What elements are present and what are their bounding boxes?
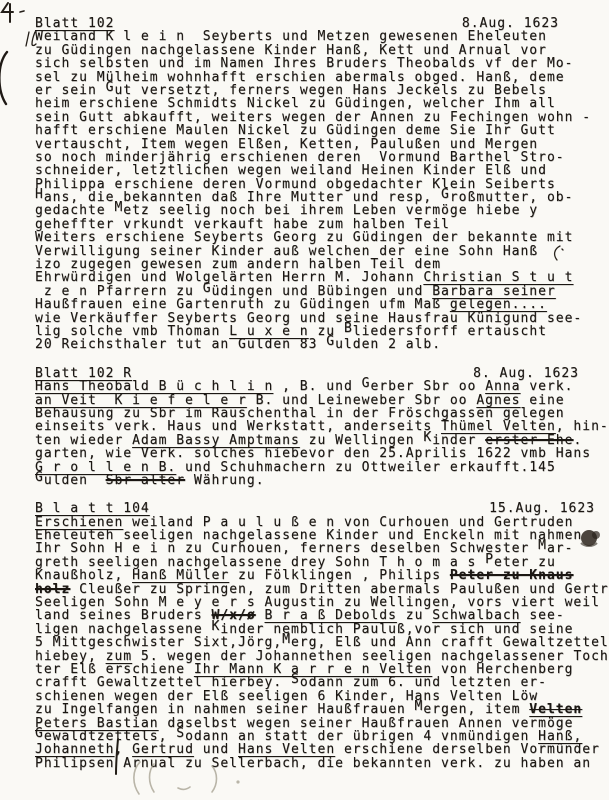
text-line: Seeligen Sohn M e y e r s Augustin zu We… [35, 596, 609, 609]
text-line: crafft Gewaltzettel hierbey. Sodann zum … [35, 676, 609, 689]
section-title: B l a t t 104 [35, 502, 150, 515]
text-line: garten, wie Verk. solches hiebevor den 2… [35, 447, 609, 460]
text-line: Peters Bastian daselbst wegen seiner Hau… [35, 717, 609, 730]
text-line: Ihr Sohn H e i n zu Curhouen, ferners de… [35, 542, 609, 555]
text-segment: K [212, 619, 221, 634]
text-line: z e n Pfarrern zu Güdingen und Bübingen … [35, 285, 609, 298]
text-segment: G [35, 726, 44, 741]
text-line: sein Gutt abkaufft, weiters wegen der An… [35, 111, 609, 124]
text-line: Behausung zu Sbr im Rauschenthal in der … [35, 407, 609, 420]
text-line: Weiters erschiene Seyberts Georg zu Güdi… [35, 231, 609, 244]
text-segment: 20 Reichsthaler tut an Gulden 83 [35, 337, 326, 352]
text-line: greth seeligen nachgelassene drey Sohn T… [35, 556, 609, 569]
text-line: hiebey, zum 5. wegen der Johannethen see… [35, 650, 609, 663]
text-segment: G [35, 470, 44, 485]
text-line: so noch minderjährig erschienen deren Vo… [35, 151, 609, 164]
text-line: Knaußholz, Hanß Müller zu Fölklingen , P… [35, 569, 609, 582]
text-line: zu Güdingen nachgelassene Kinder Hanß, K… [35, 44, 609, 57]
text-line: lig solche vmb Thoman L u x e n zu Blied… [35, 325, 609, 338]
text-segment: Währung. [185, 473, 264, 488]
text-line: geheffter vrkundt verkauft habe zum halb… [35, 218, 609, 231]
text-segment: B [344, 321, 353, 336]
text-segment: G [106, 80, 115, 95]
section-header: B l a t t 10415.Aug. 1623 [35, 502, 609, 515]
text-line: land seines Bruders W/x/ø B r a ß Debold… [35, 609, 609, 622]
text-line: 20 Reichsthaler tut an Gulden 83 Gulden … [35, 338, 609, 351]
text-segment: S [291, 672, 300, 687]
text-line: ter Elß erschiene Ihr Mann K a r r e n V… [35, 663, 609, 676]
text-segment: S [176, 726, 185, 741]
section-header: Blatt 1028.Aug. 1623 [35, 17, 609, 30]
text-segment: Philipsen Arnual zu Sellerbach, die beka… [35, 756, 591, 771]
text-line: Gewaldtzettels, Sodann an statt der übri… [35, 730, 609, 743]
text-segment: G [203, 281, 212, 296]
text-segment: M [282, 632, 291, 647]
text-line: ten wieder Adam Bassy Amptmans zu Wellin… [35, 434, 609, 447]
text-line: an Veit K i e f e l e r B. und Leinewebe… [35, 394, 609, 407]
text-line: Verwilligung seiner Kinder auß welchen d… [35, 245, 609, 258]
text-line: gedachte Metz seelig noch bei ihrem Lebe… [35, 204, 609, 217]
text-line: 5 Mittgeschwister Sixt,Jörg,Merg, Elß un… [35, 636, 609, 649]
text-line: vertauscht, Item wegen Elßen, Ketten, Pa… [35, 138, 609, 151]
section-date: 15.Aug. 1623 [489, 502, 609, 515]
text-segment: ulden 2 alb. [335, 337, 441, 352]
text-segment: ulden [44, 473, 106, 488]
record-section: Blatt 1028.Aug. 1623Weiland K l e i n Se… [35, 17, 609, 352]
text-line: Eheleuteh seeligen nachgelassene Kinder … [35, 529, 609, 542]
text-segment: M [538, 538, 547, 553]
record-section: B l a t t 10415.Aug. 1623Erschienen weil… [35, 502, 609, 770]
text-line: Philippa erschiene deren Vormund obgedac… [35, 178, 609, 191]
text-line: schienen wegen der Elß seeligen 6 Kinder… [35, 690, 609, 703]
text-line: sel zu Mülheim wohnhafft erschien aberma… [35, 71, 609, 84]
text-segment: H [35, 187, 44, 202]
section-title: Blatt 102 R [35, 367, 132, 380]
text-line: Johanneth, Gertrud und Hans Velten ersch… [35, 743, 609, 756]
open-paren-icon [0, 50, 10, 106]
section-header: Blatt 102 R8. Aug. 1623 [35, 367, 609, 380]
text-line: zu Ingelfangen in nahmen seiner Haußfrau… [35, 703, 609, 716]
text-line: heim erschiene Schmidts Nickel zu Güding… [35, 97, 609, 110]
text-line: Philipsen Arnual zu Sellerbach, die beka… [35, 757, 609, 770]
text-segment: P [485, 552, 494, 567]
numeral-4-icon [0, 1, 30, 25]
scanned-document-page: Blatt 1028.Aug. 1623Weiland K l e i n Se… [0, 0, 609, 800]
record-section: Blatt 102 R8. Aug. 1623Hans Theobald B ü… [35, 367, 609, 488]
section-title: Blatt 102 [35, 17, 114, 30]
text-line: sich selbsten und im Namen Ihres Bruders… [35, 57, 609, 70]
text-line: schneider, letztlichen wegen weiland Hei… [35, 164, 609, 177]
text-line: holz Cleußer zu Springen, zum Dritten ab… [35, 583, 609, 596]
text-line: Erschienen weiland P a u l u ß e n von C… [35, 516, 609, 529]
text-segment: K [423, 430, 432, 445]
text-line: wie Verkäuffer Seyberts Georg und seine … [35, 312, 609, 325]
text-line: einseits verk. Haus und Werkstatt, ander… [35, 420, 609, 433]
text-line: Hans Theobald B ü c h l i n , B. und Ger… [35, 380, 609, 393]
text-line: Ehrwürdigen und Wolgelärten Herrn M. Joh… [35, 271, 609, 284]
text-line: G r o l l e n B. und Schuhmachern zu Ott… [35, 461, 609, 474]
text-segment: G [362, 376, 371, 391]
text-line: hafft erschiene Maulen Nickel zu Güdinge… [35, 124, 609, 137]
text-line: er sein Gut versetzt, ferners wegen Hans… [35, 84, 609, 97]
section-date: 8. Aug. 1623 [473, 367, 609, 380]
text-line: izo zugegen gewesen zum andern halben Te… [35, 258, 609, 271]
text-line: Haußfrauen eine Gartenruth zu Güdingen u… [35, 298, 609, 311]
document-body: Blatt 1028.Aug. 1623Weiland K l e i n Se… [35, 17, 609, 770]
text-segment: M [114, 200, 123, 215]
section-date: 8.Aug. 1623 [462, 17, 609, 30]
text-segment: Sbr alter [106, 473, 185, 488]
text-line: Gulden Sbr alter Währung. [35, 474, 609, 487]
text-line: Weiland K l e i n Seyberts und Metzen ge… [35, 30, 609, 43]
text-line: ligen nachgelassene Kinder nemblich Paul… [35, 623, 609, 636]
text-segment: G [441, 187, 450, 202]
text-segment: M [415, 699, 424, 714]
text-segment: G [326, 334, 335, 349]
